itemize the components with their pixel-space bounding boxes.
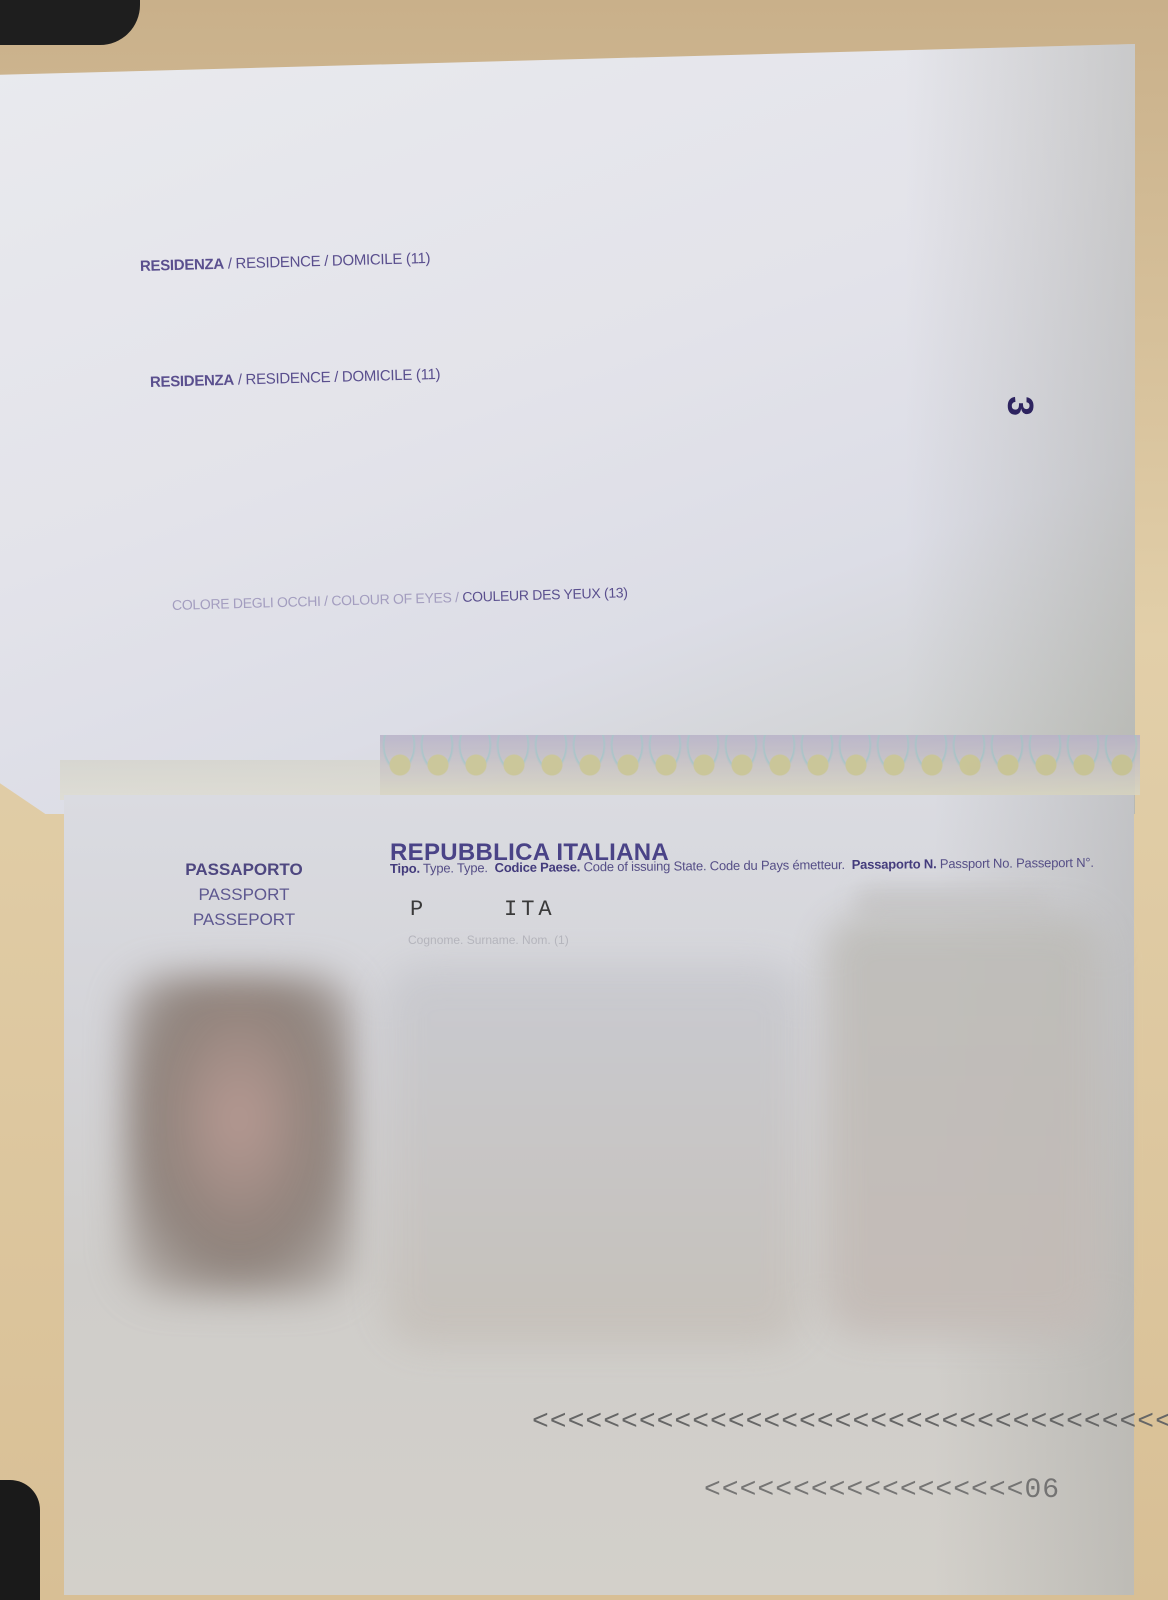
surname-label: Cognome. Surname. Nom. (1) [408,933,569,947]
country-code-value: ITA [504,897,556,922]
security-pattern-border [380,735,1140,795]
obscured-holder-photo [124,975,354,1295]
passport-biodata-page: PASSAPORTO PASSPORT PASSEPORT REPUBBLICA… [64,795,1134,1595]
mrz-line-2: <<<<<<<<<<<<<<<<<<06 [704,1475,1060,1506]
doc-type-italian: PASSAPORTO [184,857,304,882]
doc-type-english: PASSPORT [184,882,304,907]
security-pattern-faint [60,760,380,800]
background-object-corner [0,1480,40,1600]
page-number: 3 [999,396,1041,416]
passport-upper-page [0,44,1135,814]
document-type-labels: PASSAPORTO PASSPORT PASSEPORT [184,857,304,932]
document-type-value: P [410,897,423,922]
doc-type-french: PASSEPORT [184,907,304,932]
mrz-line-1: <<<<<<<<<<<<<<<<<<<<<<<<<<<<<<<<<<<<<<< [532,1407,1168,1438]
obscured-secondary-image [824,915,1104,1335]
obscured-personal-data [384,965,804,1345]
background-object [0,0,140,45]
